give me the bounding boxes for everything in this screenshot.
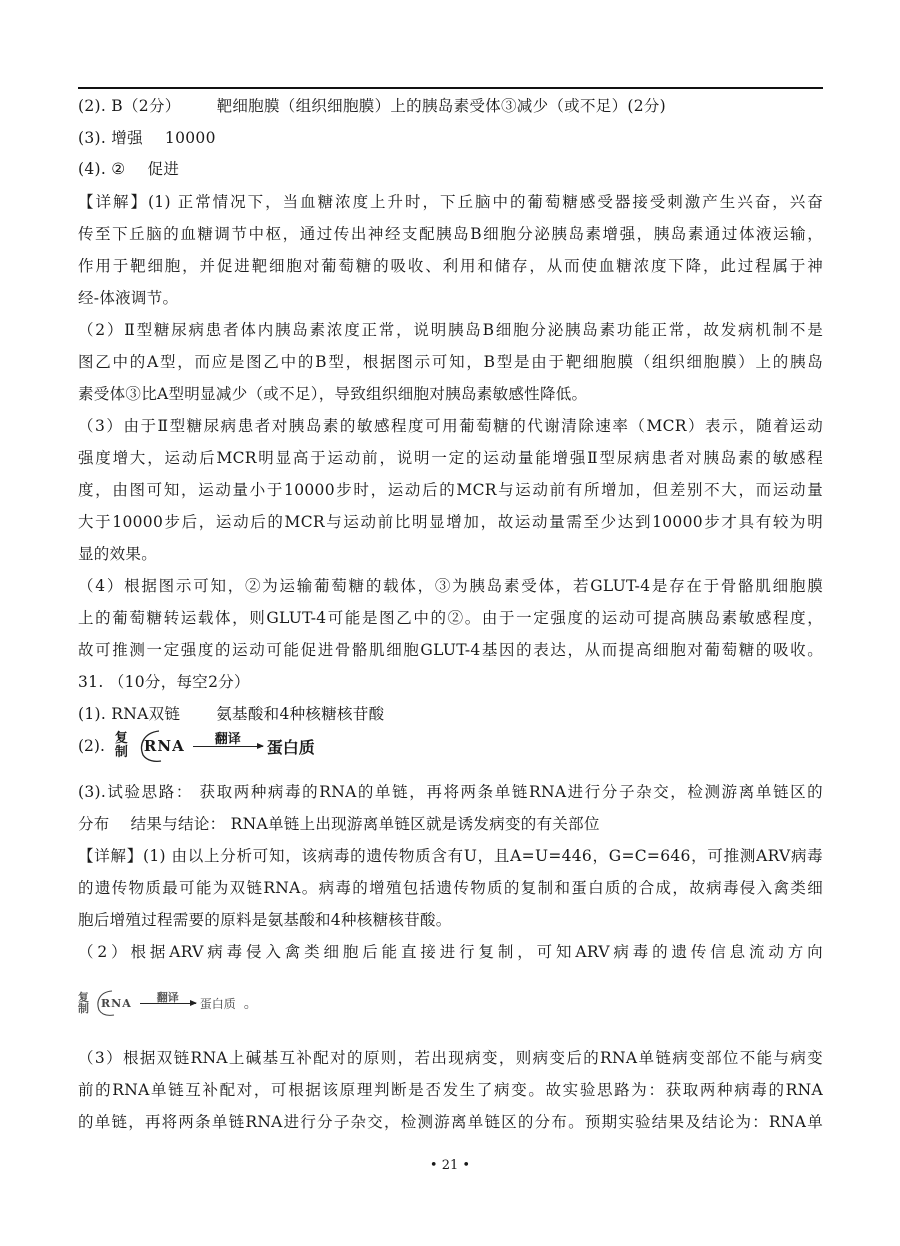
replicate-label: 复 制 [115, 732, 128, 760]
answer-q31-2: (2). 复 制 RNA 翻译 蛋白质 [78, 732, 315, 760]
explanation-line: 【详解】(1) 正常情况下，当血糖浓度上升时，下丘脑中的葡萄糖感受器接受刺激产生… [78, 192, 823, 212]
explanation-line: 经-体液调节。 [78, 288, 823, 308]
answer-label: (2). B（2分） [78, 97, 181, 115]
translation-arrow: 翻译 [140, 1003, 196, 1004]
explanation-line: 图乙中的A型，而应是图乙中的B型，根据图示可知，B型是由于靶细胞膜（组织细胞膜）… [78, 352, 823, 372]
answer-label: (1). RNA双链 [78, 705, 180, 723]
document-page: (2). B（2分）靶细胞膜（组织细胞膜）上的胰岛素受体③减少（或不足）(2分)… [0, 0, 900, 1246]
explanation-line: （2）Ⅱ型糖尿病患者体内胰岛素浓度正常，说明胰岛B细胞分泌胰岛素功能正常，故发病… [78, 320, 823, 340]
explanation-line: 胞后增殖过程需要的原料是氨基酸和4种核糖核苷酸。 [78, 910, 823, 930]
explanation-line: 作用于靶细胞，并促进靶细胞对葡萄糖的吸收、利用和储存，从而使血糖浓度下降，此过程… [78, 256, 823, 276]
replicate-char: 复 [115, 732, 128, 746]
explanation-line: （3）根据双链RNA上碱基互补配对的原则，若出现病变，则病变后的RNA单链病变部… [78, 1048, 823, 1068]
explanation-line: （4）根据图示可知，②为运输葡萄糖的载体，③为胰岛素受体，若GLUT-4是存在于… [78, 576, 823, 596]
arrow-icon [140, 1003, 196, 1004]
explanation-line: 【详解】(1) 由以上分析可知，该病毒的遗传物质含有U，且A=U=446，G=C… [78, 846, 823, 866]
page-number: • 21 • [0, 1158, 900, 1173]
header-rule [78, 87, 823, 89]
answer-text: 氨基酸和4种核糖核苷酸 [216, 705, 384, 723]
explanation-line: 强度增大，运动后MCR明显高于运动前，说明一定的运动量能增强Ⅱ型尿病患者对胰岛素… [78, 448, 823, 468]
explanation-line: 素受体③比A型明显减少（或不足），导致组织细胞对胰岛素敏感性降低。 [78, 384, 823, 404]
protein-label: 蛋白质 [200, 995, 236, 1012]
answer-q31-3: 分布 结果与结论： RNA单链上出现游离单链区就是诱发病变的有关部位 [78, 814, 823, 834]
answer-q30-4: (4). ②促进 [78, 159, 823, 179]
replication-arc-icon [139, 729, 163, 763]
protein-label: 蛋白质 [267, 735, 315, 758]
explanation-line: 故可推测一定强度的运动可能促进骨骼肌细胞GLUT-4基因的表达，从而提高细胞对葡… [78, 640, 823, 660]
explanation-line: （3）由于Ⅱ型糖尿病患者对胰岛素的敏感程度可用葡萄糖的代谢清除速率（MCR）表示… [78, 416, 823, 436]
explanation-line: 度，由图可知，运动量小于10000步时，运动后的MCR与运动前有所增加，但差别不… [78, 480, 823, 500]
question-31-header: 31. （10分，每空2分） [78, 672, 823, 692]
answer-q30-2: (2). B（2分）靶细胞膜（组织细胞膜）上的胰岛素受体③减少（或不足）(2分) [78, 96, 823, 116]
explanation-line: 传至下丘脑的血糖调节中枢，通过传出神经支配胰岛B细胞分泌胰岛素增强，胰岛素通过体… [78, 224, 823, 244]
explanation-line: 上的葡萄糖转运载体，则GLUT-4可能是图乙中的②。由于一定强度的运动可提高胰岛… [78, 608, 823, 628]
replicate-char: 制 [115, 746, 128, 760]
answer-text: 促进 [148, 160, 180, 178]
replicate-label: 复 制 [78, 992, 89, 1014]
translation-arrow: 翻译 [193, 746, 263, 747]
replication-arc-icon [96, 989, 116, 1017]
explanation-line: 的遗传物质最可能为双链RNA。病毒的增殖包括遗传物质的复制和蛋白质的合成，故病毒… [78, 878, 823, 898]
answer-label: (3). 增强 [78, 129, 143, 147]
explanation-line: 显的效果。 [78, 544, 823, 564]
answer-label: (2). [78, 737, 105, 755]
rna-flow-diagram: 复 制 RNA 翻译 蛋白质 [115, 732, 315, 760]
answer-text: 10000 [165, 129, 216, 147]
period: 。 [244, 993, 258, 1013]
replicate-char: 制 [78, 1003, 89, 1014]
answer-text: 靶细胞膜（组织细胞膜）上的胰岛素受体③减少（或不足）(2分) [217, 97, 666, 115]
rna-flow-diagram: 复 制 RNA 翻译 蛋白质 。 [78, 992, 258, 1014]
explanation-line: 前的RNA单链互补配对，可根据该原理判断是否发生了病变。故实验思路为：获取两种病… [78, 1080, 823, 1100]
explanation-line: 大于10000步后，运动后的MCR与运动前比明显增加，故运动量需至少达到1000… [78, 512, 823, 532]
arrow-icon [193, 746, 263, 747]
answer-q31-1: (1). RNA双链氨基酸和4种核糖核苷酸 [78, 704, 823, 724]
translate-label: 翻译 [193, 728, 263, 747]
explanation-line: （2）根据ARV病毒侵入禽类细胞后能直接进行复制，可知ARV病毒的遗传信息流动方… [78, 942, 823, 962]
answer-label: (4). ② [78, 160, 126, 178]
rna-flow-diagram-small: 复 制 RNA 翻译 蛋白质 。 [78, 992, 258, 1014]
answer-q31-3: (3).试验思路： 获取两种病毒的RNA的单链，再将两条单链RNA进行分子杂交，… [78, 782, 823, 802]
answer-q30-3: (3). 增强10000 [78, 128, 823, 148]
explanation-line: 的单链，再将两条单链RNA进行分子杂交，检测游离单链区的分布。预期实验结果及结论… [78, 1112, 823, 1132]
